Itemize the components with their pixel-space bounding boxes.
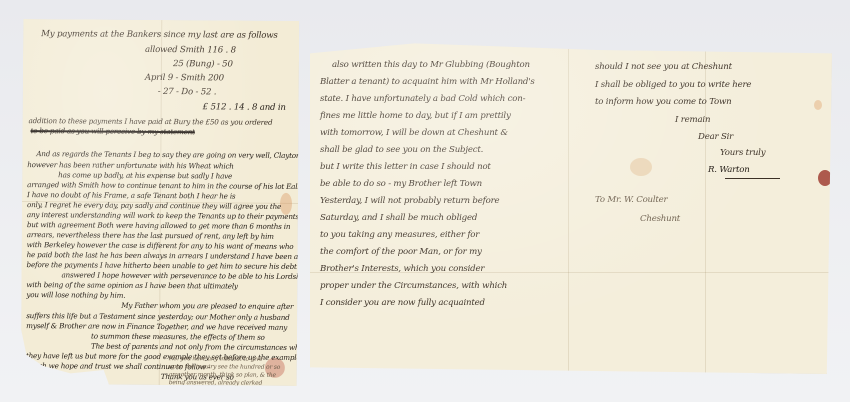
postscript-line: P.S. you have any interest to give [169,355,263,363]
body-line: And as regards the Tenants I beg to say … [36,149,299,160]
postscript-line: upon the inquiry see the hundred or so [169,363,280,371]
body-line: you will lose nothing by him. [26,290,125,300]
body-line: but with agreement Both were having allo… [27,220,291,231]
body-line: with being of the same opinion as I have… [26,280,237,290]
body-line: suffers this life but a Testament since … [26,311,289,322]
body-line: to summon these measures, the effects of… [91,332,265,342]
body-line: the comfort of the poor Man, or for my [320,247,482,257]
salutation: Dear Sir [698,132,733,142]
body-line: should I not see you at Cheshunt [595,62,732,72]
struck-line: to be paid as you will perceive by my st… [30,126,194,136]
body-line: I shall be obliged to you to write here [595,80,751,90]
postscript-line: any other month, think so plan, & the [169,371,276,379]
ledger-line: allowed Smith 116 . 8 [145,45,236,56]
ledger-total: £ 512 . 14 . 8 and in [203,102,286,113]
paper-stain [814,100,822,110]
body-line: has come up badly, at his expense but sa… [58,170,232,180]
body-line: The best of parents and not only from th… [91,342,299,353]
letter-heading: My payments at the Bankers since my last… [41,29,278,41]
body-line: with Berkeley however the case is differ… [27,240,294,251]
body-line: only, I regret he every day, pay sadly a… [27,200,281,211]
body-line: arrears, nevertheless there has the last… [27,230,274,241]
ledger-line: 25 (Bung) - 50 [173,59,233,69]
valediction: I remain [675,115,710,125]
body-line: I have no doubt of his Frame, a safe Ten… [27,190,235,200]
body-line: be able to do so - my Brother left Town [320,179,482,189]
signature: R. Warton [708,165,750,175]
body-line: Blatter a tenant) to acquaint him with M… [320,77,535,87]
body-line: My Father whom you are pleased to enquir… [121,301,293,311]
wax-seal-remnant [818,170,832,186]
body-line: I consider you are now fully acquainted [320,298,485,308]
paper-stain [630,158,652,176]
body-line: to you taking any measures, either for [320,230,479,240]
sign-off: Yours truly [720,148,765,158]
body-line: shall be glad to see you on the Subject. [320,145,483,155]
ledger-line: April 9 - Smith 200 [145,73,224,84]
body-line: state. I have unfortunately a bad Cold w… [320,94,525,104]
body-line: also written this day to Mr Glubbing (Bo… [332,60,530,70]
body-line: myself & Brother are now in Finance Toge… [26,321,287,332]
postscript-line: being answered, already clerked [169,379,262,386]
signature-underline [725,178,780,179]
right-letter-sheet: also written this day to Mr Glubbing (Bo… [310,40,832,374]
address-line: To Mr. W. Coulter [595,195,667,205]
body-line: Brother's Interests, which you consider [320,264,484,274]
body-line: addition to these payments I have paid a… [29,116,273,127]
body-line: Yesterday, I will not probably return be… [320,196,499,206]
body-line: but I write this letter in case I should… [320,162,491,172]
left-letter-sheet: My payments at the Bankers since my last… [21,19,300,386]
body-line: answered I hope however with perseveranc… [61,270,299,281]
struck-line [30,136,230,147]
body-line: fines me little home to day, but if I am… [320,111,511,121]
body-line: proper under the Circumstances, with whi… [320,281,507,291]
body-line: Saturday, and I shall be much obliged [320,213,477,223]
address-line: Cheshunt [640,214,680,224]
paper-fold [705,40,706,374]
body-line: with tomorrow, I will be down at Cheshun… [320,128,508,138]
body-line: however has been rather unfortunate with… [27,160,234,170]
ledger-line: - 27 - Do - 52 . [158,87,217,97]
paper-fold [568,40,569,374]
body-line: to inform how you come to Town [595,97,732,107]
